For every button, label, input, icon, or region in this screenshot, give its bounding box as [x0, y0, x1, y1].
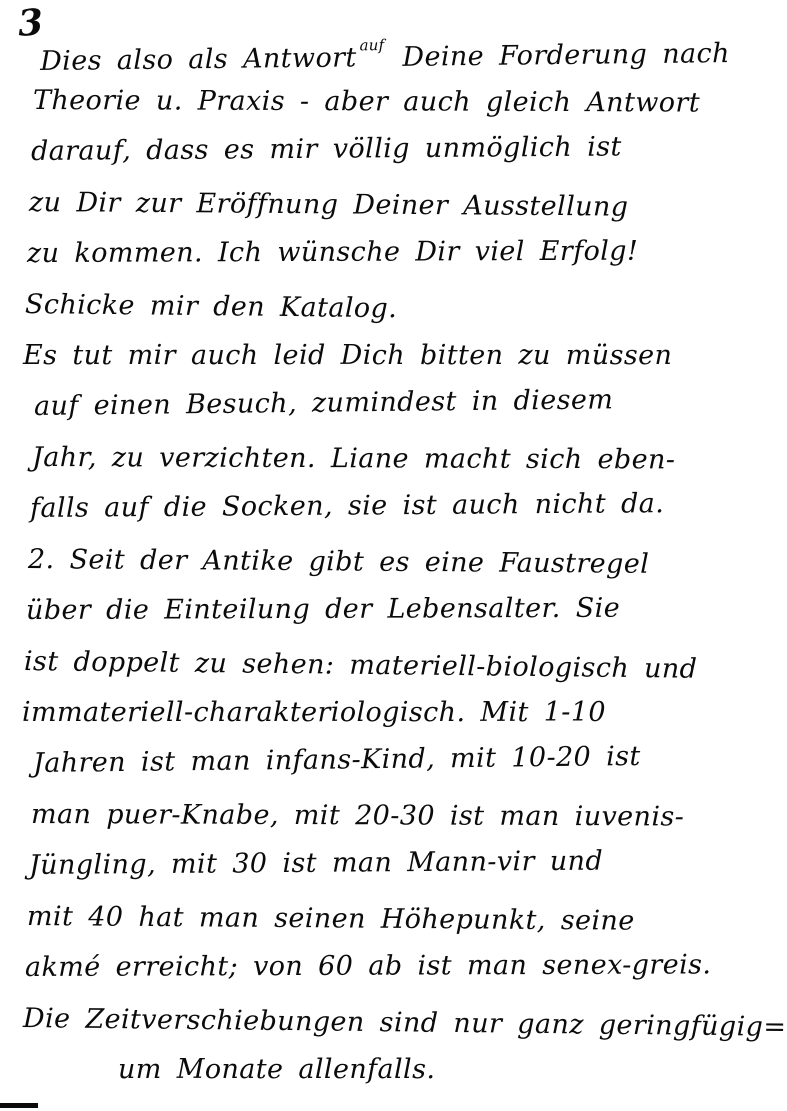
- handwritten-line: darauf, dass es mir völlig unmöglich ist: [31, 120, 787, 177]
- handwritten-line: falls auf die Socken, sie ist auch nicht…: [30, 477, 787, 534]
- line-text: Schicke mir den Katalog.: [25, 289, 398, 324]
- line-text: zu Dir zur Eröffnung Deiner Ausstellung: [29, 187, 629, 223]
- handwritten-line: Jahren ist man infans-Kind, mit 10-20 is…: [33, 729, 787, 789]
- handwritten-line: auf einen Besuch, zumindest in diesem: [34, 372, 787, 432]
- line-text: Jüngling, mit 30 ist man Mann-vir und: [29, 846, 603, 881]
- line-text: auf einen Besuch, zumindest in diesem: [34, 384, 614, 422]
- line-text: Es tut mir auch leid Dich bitten zu müss…: [23, 340, 672, 371]
- handwritten-line: über die Einteilung der Lebensalter. Sie: [26, 582, 787, 636]
- line-text: über die Einteilung der Lebensalter. Sie: [26, 593, 620, 626]
- line-text: immateriell-charakteriologisch. Mit 1-10: [22, 697, 606, 728]
- line-text: man puer-Knabe, mit 20-30 ist man iuveni…: [31, 799, 684, 833]
- handwritten-line: Jüngling, mit 30 ist man Mann-vir und: [29, 834, 787, 891]
- line-text: ist doppelt zu sehen: materiell-biologis…: [24, 646, 698, 685]
- line-text: Jahr, zu verzichten. Liane macht sich eb…: [32, 442, 675, 475]
- line-text: mit 40 hat man seinen Höhepunkt, seine: [27, 901, 635, 937]
- line-text: 2. Seit der Antike gibt es eine Faustreg…: [28, 544, 649, 580]
- line-text: Dies also als Antwort: [40, 42, 357, 77]
- line-text: akmé erreicht; von 60 ab ist man senex-g…: [25, 949, 711, 983]
- handwriting-block: Dies also als Antwortauf Deine Forderung…: [0, 24, 787, 1095]
- line-text: darauf, dass es mir völlig unmöglich ist: [31, 131, 622, 167]
- handwritten-line: akmé erreicht; von 60 ab ist man senex-g…: [25, 939, 787, 993]
- inserted-word-above: auf: [359, 20, 384, 71]
- line-text: falls auf die Socken, sie ist auch nicht…: [30, 488, 664, 524]
- scan-edge-mark: [0, 1103, 38, 1108]
- line-text: Jahren ist man infans-Kind, mit 10-20 is…: [33, 741, 641, 779]
- line-text: zu kommen. Ich wünsche Dir viel Erfolg!: [27, 236, 638, 269]
- handwritten-line: zu kommen. Ich wünsche Dir viel Erfolg!: [27, 225, 787, 279]
- handwritten-line: Dies also als Antwortauf Deine Forderung…: [40, 15, 787, 75]
- line-text: um Monate allenfalls.: [118, 1054, 435, 1085]
- line-text: Die Zeitverschiebungen sind nur ganz ger…: [23, 1003, 787, 1043]
- handwritten-line: um Monate allenfalls.: [118, 1044, 787, 1095]
- line-text-after-insertion: Deine Forderung nach: [387, 38, 730, 73]
- line-text: Theorie u. Praxis - aber auch gleich Ant…: [33, 85, 700, 119]
- scanned-letter-page: 3 Dies also als Antwortauf Deine Forderu…: [0, 0, 787, 1111]
